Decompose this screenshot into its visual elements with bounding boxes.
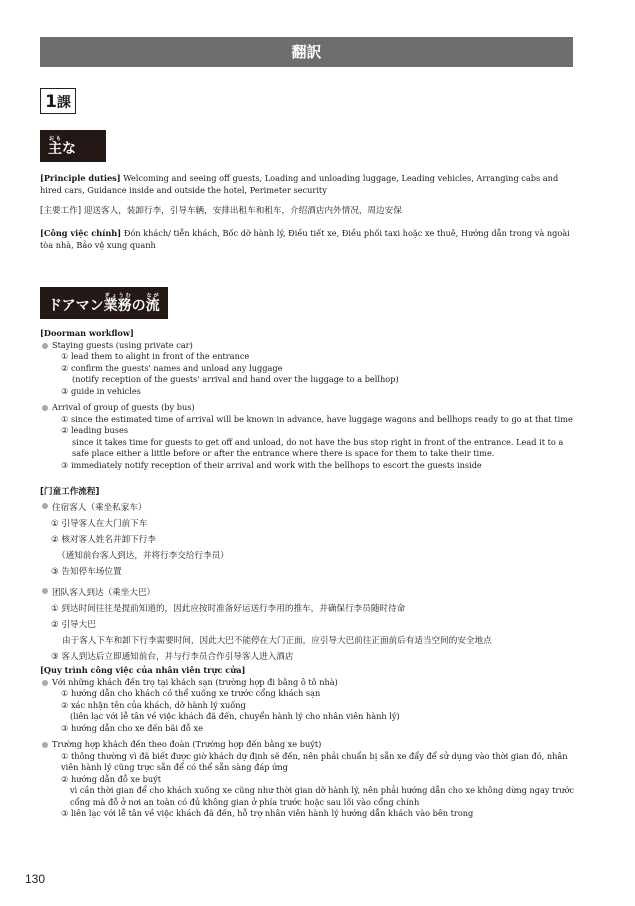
step: ① thông thường vì đã biết được giờ khách… — [40, 751, 580, 774]
bullet-item: Arrival of group of guests (by bus) — [40, 402, 580, 414]
heading-kanji: 主 — [48, 141, 62, 157]
step-note: 由于客人下车和卸下行李需要时间，因此大巴不能停在大门正面，应引导大巴前往正面前后… — [40, 633, 580, 649]
step-note: since it takes time for guests to get of… — [40, 437, 580, 460]
heading-kana: な — [62, 141, 76, 157]
step: ① since the estimated time of arrival wi… — [40, 414, 580, 426]
section-title: [门童工作流程] — [40, 484, 580, 500]
step: ③ 客人到达后立即通知前台，并与行李员合作引导客人进入酒店 — [40, 649, 580, 665]
page-number: 130 — [25, 872, 45, 886]
section-title: [Doorman workflow] — [40, 328, 580, 340]
step: ③ hướng dẫn cho xe đến bãi đỗ xe — [40, 723, 580, 735]
step: ② 引导大巴 — [40, 617, 580, 633]
section-title: [Quy trình công việc của nhân viên trực … — [40, 665, 580, 677]
step: ② hướng dẫn đỗ xe buýt — [40, 774, 580, 786]
step-note: (liên lạc với lễ tân về việc khách đã đế… — [40, 711, 580, 723]
furigana: ぎょうむ — [104, 293, 132, 299]
main-duties-heading: 主おもな業務ぎょうむ — [40, 130, 106, 162]
lesson-badge: 1課 — [40, 88, 76, 114]
lesson-number: 1 — [45, 92, 57, 112]
heading-katakana: ドアマン — [48, 298, 104, 314]
label: [主要工作] — [40, 206, 81, 216]
bullet-item: Staying guests (using private car) — [40, 340, 580, 352]
workflow-vi: [Quy trình công việc của nhân viên trực … — [40, 665, 580, 820]
bullet-item: 团队客人到达（乘坐大巴） — [40, 585, 580, 601]
heading-kanji: 流 — [146, 298, 160, 314]
main-duties-vi: [Công việc chính] Đón khách/ tiễn khách,… — [40, 228, 580, 251]
label: [Công việc chính] — [40, 228, 121, 238]
step: ② xác nhận tên của khách, dỡ hành lý xuố… — [40, 700, 580, 712]
main-duties-en: [Principle duties] Welcoming and seeing … — [40, 173, 580, 196]
step: ③ immediately notify reception of their … — [40, 460, 580, 472]
page-banner-title: 翻訳 — [40, 37, 573, 67]
furigana: おも — [48, 136, 62, 142]
workflow-zh: [门童工作流程] 住宿客人（乘坐私家车） ① 引导客人在大门前下车 ② 核对客人… — [40, 484, 580, 665]
step: ② confirm the guests' names and unload a… — [40, 363, 580, 375]
furigana: なが — [146, 293, 160, 299]
workflow-en: [Doorman workflow] Staying guests (using… — [40, 328, 580, 471]
step: ③ liên lạc với lễ tân về việc khách đã đ… — [40, 808, 580, 820]
label: [Principle duties] — [40, 173, 121, 183]
step: ③ guide in vehicles — [40, 386, 580, 398]
step-note: （通知前台客人到达，并将行李交给行李员） — [40, 548, 580, 564]
main-duties-zh: [主要工作] 迎送客人，装卸行李，引导车辆，安排出租车和租车，介绍酒店内外情况，… — [40, 206, 580, 218]
workflow-heading: ドアマン業務ぎょうむの流ながれ — [40, 287, 168, 319]
bullet-item: 住宿客人（乘坐私家车） — [40, 500, 580, 516]
text: 迎送客人，装卸行李，引导车辆，安排出租车和租车，介绍酒店内外情况，周边安保 — [81, 206, 402, 216]
heading-kanji: 業務 — [104, 298, 132, 314]
bullet-item: Với những khách đến trọ tại khách sạn (t… — [40, 677, 580, 689]
step: ② 核对客人姓名并卸下行李 — [40, 532, 580, 548]
step: ① 到达时间往往是提前知道的，因此应按时准备好运送行李用的推车，并确保行李员随时… — [40, 601, 580, 617]
step-note: (notify reception of the guests' arrival… — [40, 374, 580, 386]
heading-kana: の — [132, 298, 146, 314]
lesson-label: 課 — [57, 95, 71, 111]
bullet-item: Trường hợp khách đến theo đoàn (Trường h… — [40, 739, 580, 751]
step-note: vì cần thời gian để cho khách xuống xe c… — [40, 785, 580, 808]
step: ① lead them to alight in front of the en… — [40, 351, 580, 363]
step: ① hướng dẫn cho khách có thể xuống xe tr… — [40, 688, 580, 700]
step: ① 引导客人在大门前下车 — [40, 516, 580, 532]
step: ② leading buses — [40, 425, 580, 437]
step: ③ 告知停车场位置 — [40, 564, 580, 580]
